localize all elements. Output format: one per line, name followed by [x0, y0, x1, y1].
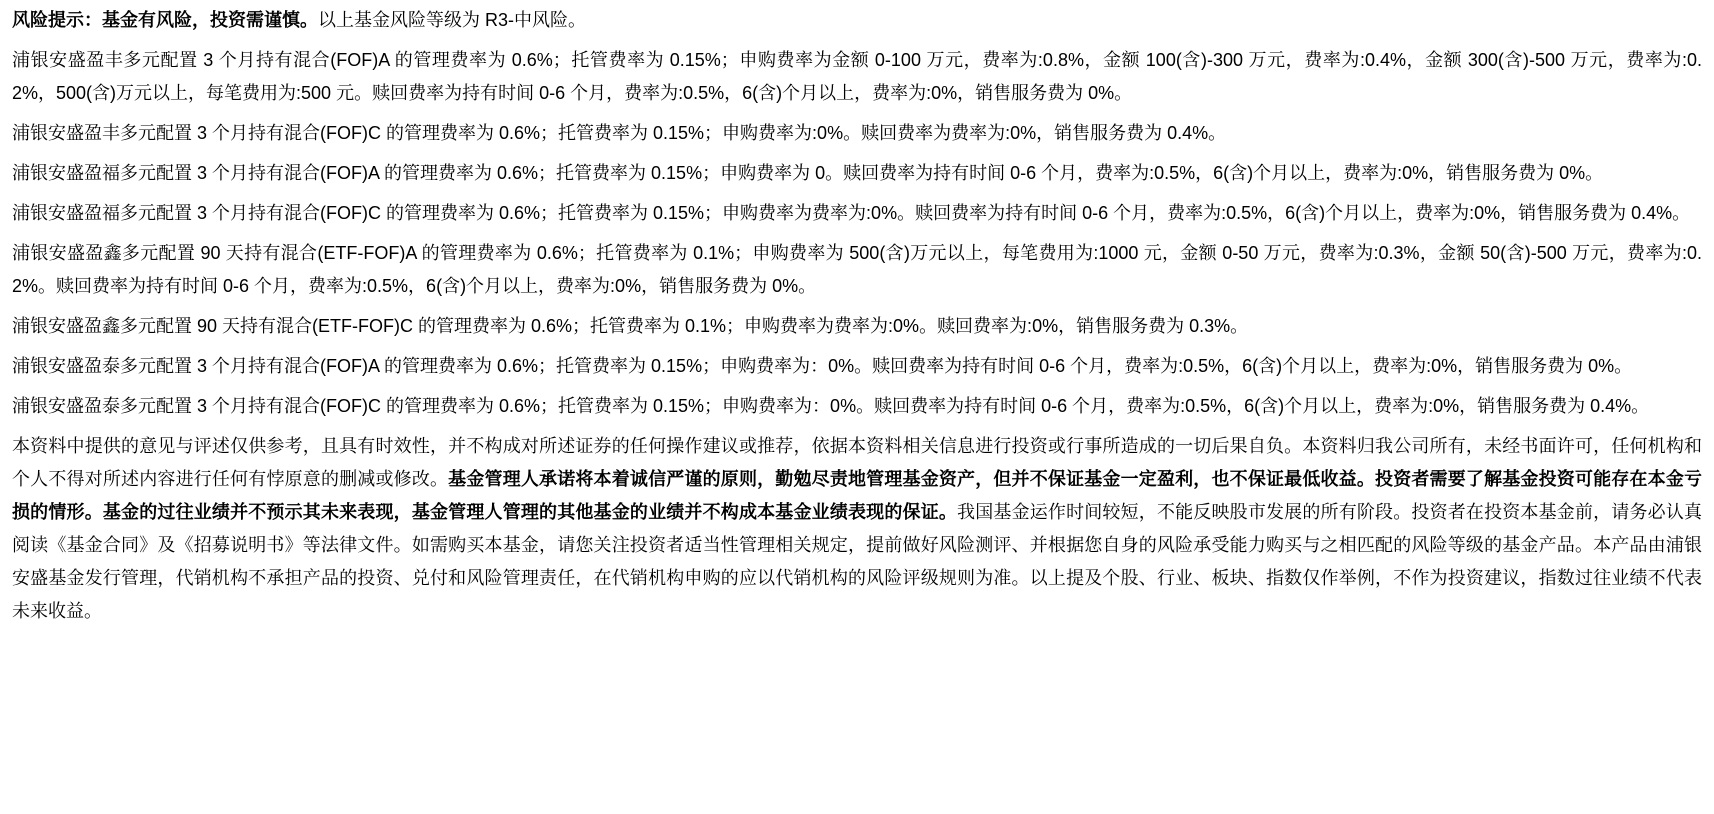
risk-level-text: 以上基金风险等级为 R3-中风险。: [318, 10, 586, 30]
fee-paragraph-yingfu-a: 浦银安盛盈福多元配置 3 个月持有混合(FOF)A 的管理费率为 0.6%；托管…: [12, 157, 1702, 190]
fee-paragraph-yingfeng-a: 浦银安盛盈丰多元配置 3 个月持有混合(FOF)A 的管理费率为 0.6%；托管…: [12, 44, 1702, 110]
fee-paragraph-yingtai-a: 浦银安盛盈泰多元配置 3 个月持有混合(FOF)A 的管理费率为 0.6%；托管…: [12, 350, 1702, 383]
risk-disclosure-document: 风险提示：基金有风险，投资需谨慎。以上基金风险等级为 R3-中风险。 浦银安盛盈…: [0, 0, 1714, 628]
fee-paragraph-yingfu-c: 浦银安盛盈福多元配置 3 个月持有混合(FOF)C 的管理费率为 0.6%；托管…: [12, 197, 1702, 230]
fee-paragraph-yingfeng-c: 浦银安盛盈丰多元配置 3 个月持有混合(FOF)C 的管理费率为 0.6%；托管…: [12, 117, 1702, 150]
fee-paragraph-yingtai-c: 浦银安盛盈泰多元配置 3 个月持有混合(FOF)C 的管理费率为 0.6%；托管…: [12, 390, 1702, 423]
risk-notice-bold: 风险提示：基金有风险，投资需谨慎。: [12, 10, 318, 30]
disclaimer-paragraph: 本资料中提供的意见与评述仅供参考，且具有时效性，并不构成对所述证券的任何操作建议…: [12, 430, 1702, 628]
fee-paragraph-yingxin-a: 浦银安盛盈鑫多元配置 90 天持有混合(ETF-FOF)A 的管理费率为 0.6…: [12, 237, 1702, 303]
fee-paragraph-yingxin-c: 浦银安盛盈鑫多元配置 90 天持有混合(ETF-FOF)C 的管理费率为 0.6…: [12, 310, 1702, 343]
risk-notice: 风险提示：基金有风险，投资需谨慎。以上基金风险等级为 R3-中风险。: [12, 4, 1702, 37]
